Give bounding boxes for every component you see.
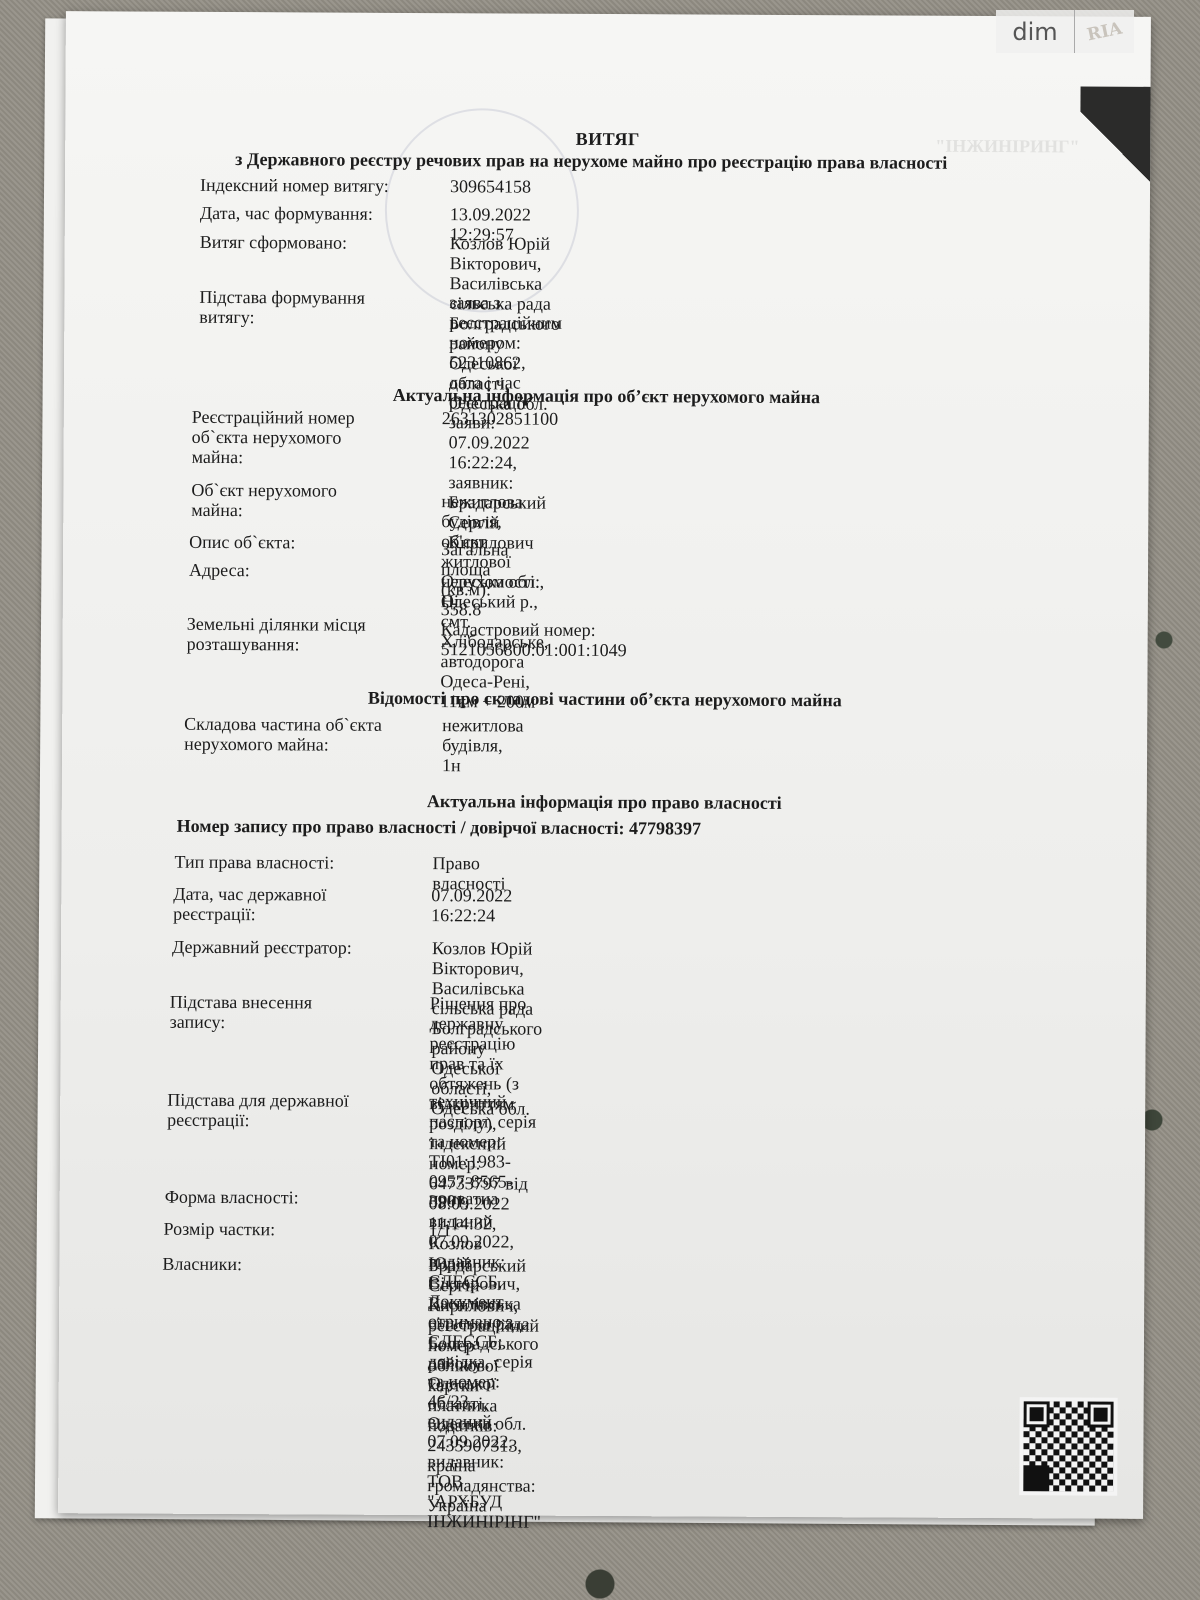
section-heading-ownership: Актуальна інформація про право власності [62,789,1147,816]
document-subtitle: з Державного реєстру речових прав на нер… [235,149,947,174]
section-heading-object: Актуальна інформація про об’єкт нерухомо… [64,383,1149,410]
page-fold [1080,86,1151,206]
watermark-dim-text: dim [996,10,1075,53]
watermark-logo: dim RIA [996,10,1134,53]
document-content: ВИТЯГ з Державного реєстру речових прав … [58,11,1151,1519]
qr-code-icon [1023,1401,1113,1491]
document-page: "ІНЖИНІРИНГ" ВИТЯГ з Державного реєстру … [58,11,1151,1519]
section-heading-parts: Відомості про складові частини об’єкта н… [62,686,1147,713]
watermark-ria-text: RIA [1071,4,1138,58]
ownership-record-number: Номер запису про право власності / довір… [177,816,702,840]
document-title: ВИТЯГ [65,126,1150,153]
